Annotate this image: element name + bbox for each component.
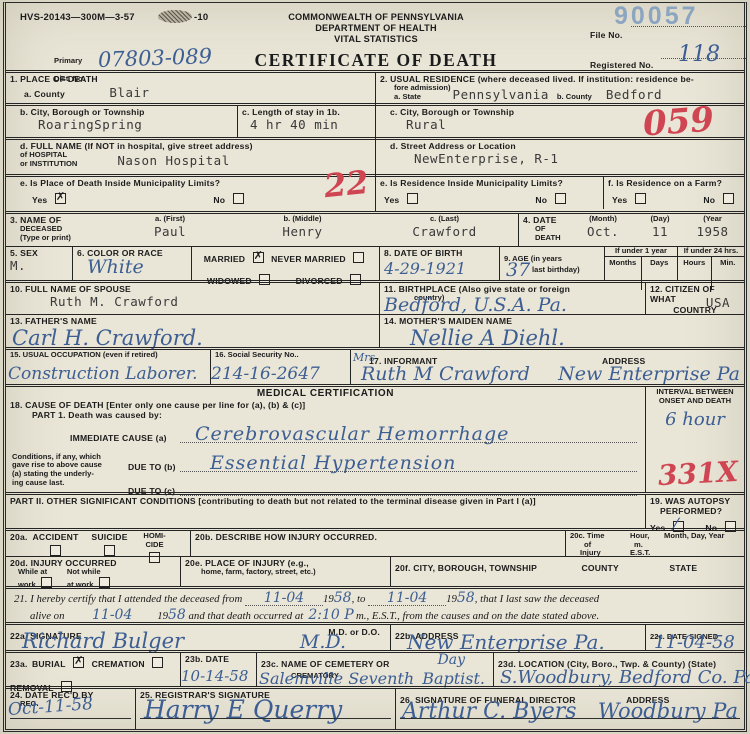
field-2d-street: d. Street Address or Location NewEnterpr… [376, 140, 744, 177]
row-name-date-of-death: 3. NAME OF DECEASED (Type or print) a. (… [6, 211, 744, 246]
section-2-usual-residence: 2. USUAL RESIDENCE (where deceased lived… [376, 73, 744, 211]
burial-checkbox: ✗ [73, 657, 84, 668]
homicide-label-2: CIDE [136, 541, 174, 550]
field-2d-value: NewEnterprise, R-1 [414, 151, 740, 166]
section-25-registrar: 25. REGISTRAR'S SIGNATURE Harry E Querry [136, 689, 396, 729]
field-2b-value: Bedford [606, 87, 662, 102]
burial-date-value: 10-14-58 [181, 669, 248, 684]
row-part2-autopsy: PART II. OTHER SIGNIFICANT CONDITIONS [c… [6, 492, 744, 528]
line-26 [400, 718, 740, 719]
field-7-never-married-label: NEVER MARRIED [271, 254, 346, 264]
field-7-married-label: MARRIED [204, 254, 246, 264]
row-spouse-birthplace-citizen: 10. FULL NAME OF SPOUSE Ruth M. Crawford… [6, 280, 744, 314]
code-stamp-22: 22 [323, 163, 371, 205]
row-22-physician: 22a. SIGNATURE M.D. or D.O. Richard Bulg… [6, 622, 744, 650]
field-2f-yes-checkbox [635, 193, 646, 204]
section-24-date-received: 24. DATE REC'D BY REG. Oct-11-58 [6, 689, 136, 729]
interval-label-2: ONSET AND DEATH [650, 397, 740, 406]
field-3b-label: b. (Middle) [230, 215, 375, 224]
certify-t4: alive on [30, 610, 64, 622]
field-1e-no-checkbox [233, 193, 244, 204]
field-7-married-checkbox: ✗ [253, 252, 264, 263]
due-to-b-label: DUE TO (b) [128, 462, 176, 472]
field-20c-mdy: Month, Day, Year [664, 532, 740, 541]
row-sex-race-marital-birth-age: 5. SEX M. 6. COLOR OR RACE White MARRIED… [6, 246, 744, 280]
field-4-year-label: (Year [685, 215, 740, 224]
field-15-label: 15. USUAL OCCUPATION (even if retired) [10, 351, 206, 360]
field-2e-limits: e. Is Residence Inside Municipality Limi… [376, 177, 604, 209]
field-7-married-mark: ✗ [254, 250, 263, 261]
field-2f-no-checkbox [723, 193, 734, 204]
physician-signature: Richard Bulger [22, 631, 184, 652]
certify-yr1: 19 [323, 593, 334, 605]
field-20a-num: 20a. [10, 532, 28, 555]
section-18-cause-of-death: MEDICAL CERTIFICATION 18. CAUSE OF DEATH… [6, 387, 646, 492]
line-25 [140, 718, 391, 719]
field-6-value: White [87, 258, 187, 277]
section-20a-manner: 20a. ACCIDENT SUICIDE HOMI- CIDE [6, 531, 191, 556]
field-20b-label: 20b. DESCRIBE HOW INJURY OCCURRED. [195, 532, 561, 542]
field-4-day-value: 11 [635, 224, 685, 239]
field-13-value: Carl H. Crawford. [12, 328, 203, 349]
field-1a-value: Blair [109, 85, 149, 100]
field-18-label-2: PART 1. Death was caused by: [32, 410, 641, 420]
row-23-disposition: 23a. BURIAL ✗ CREMATION REMOVAL 23b. DAT… [6, 650, 744, 686]
field-3a-value: Paul [110, 224, 230, 239]
part-2-label: PART II. OTHER SIGNIFICANT CONDITIONS [c… [10, 496, 641, 506]
section-1-place-of-death: 1. PLACE OF DEATH a. County Blair b. Cit… [6, 73, 376, 211]
field-3a-label: a. (First) [110, 215, 230, 224]
section-23d-location: 23d. LOCATION (City, Boro., Twp. & Count… [494, 653, 744, 686]
field-2f-yes-label: Yes [612, 195, 627, 205]
seal-suffix: -10 [194, 12, 208, 23]
field-1d-value: Nason Hospital [117, 153, 229, 168]
certify-t5: and that death occurred at [189, 610, 304, 622]
field-19-label-1: 19. WAS AUTOPSY [650, 496, 740, 506]
file-no-line [631, 26, 746, 27]
suicide-label: SUICIDE [84, 532, 136, 542]
field-17-prefix: Mrs [353, 352, 375, 363]
section-4-date-of-death: 4. DATE OF DEATH (Month) Oct. (Day) 11 (… [519, 214, 744, 246]
section-23b-date: 23b. DATE 10-14-58 [181, 653, 257, 686]
field-17-value: Ruth M Crawford [361, 365, 530, 384]
interval-column: INTERVAL BETWEEN ONSET AND DEATH 6 hour … [646, 387, 744, 492]
row-20def: 20d. INJURY OCCURRED While at work Not w… [6, 556, 744, 586]
agency-block: COMMONWEALTH OF PENNSYLVANIA DEPARTMENT … [221, 12, 531, 45]
code-stamp-059: 059 [642, 100, 716, 145]
cemetery-name-value-2: Baptist. [422, 671, 485, 687]
field-2e-yes-checkbox [407, 193, 418, 204]
section-11-birthplace: 11. BIRTHPLACE (Also give state or forei… [380, 283, 646, 314]
section-9-age: 9. AGE (in years last birthday) 37 [500, 247, 605, 280]
field-1e-label: e. Is Place of Death Inside Municipality… [20, 178, 371, 188]
field-1e-yes-checkbox: ✗ [55, 193, 66, 204]
field-23c-label-1: 23c. NAME OF CEMETERY OR [261, 659, 389, 669]
field-2b-label: b. County [557, 93, 592, 102]
certify-from-yr: 58 [334, 590, 352, 606]
section-7-marital-status: MARRIED ✗ NEVER MARRIED WIDOWED DIVORCED [192, 247, 380, 280]
medical-certification-title: MEDICAL CERTIFICATION [10, 388, 641, 400]
section-4-title-1: 4. DATE [523, 215, 571, 225]
field-17-address-value: New Enterprise Pa [558, 365, 740, 384]
agency-line-1: COMMONWEALTH OF PENNSYLVANIA [221, 12, 531, 23]
section-4-title-3: DEATH [535, 234, 571, 243]
field-23b-label: 23b. DATE [185, 654, 252, 664]
cause-a-value: Cerebrovascular Hemorrhage [195, 425, 509, 444]
section-10-spouse: 10. FULL NAME OF SPOUSE Ruth M. Crawford [6, 283, 380, 314]
field-2e-no-label: No [535, 195, 547, 205]
certify-to-yr: 58 [457, 590, 475, 606]
section-1-title: 1. PLACE OF DEATH [10, 74, 371, 84]
certificate-title: CERTIFICATE OF DEATH [221, 50, 531, 71]
field-2f-no-label: No [703, 195, 715, 205]
field-9-value: 37 [506, 261, 530, 280]
field-1c-length-of-stay: c. Length of stay in 1b. 4 hr 40 min [238, 106, 375, 137]
cemetery-name-value-1: Salemville Seventh [259, 671, 414, 687]
section-17-informant: Mrs 17. INFORMANT ADDRESS Ruth M Crawfor… [351, 350, 744, 384]
field-10-label: 10. FULL NAME OF SPOUSE [10, 284, 375, 294]
field-18-label-1: 18. CAUSE OF DEATH [Enter only one cause… [10, 400, 641, 410]
certify-alive-yr: 58 [168, 607, 186, 623]
certify-line-1: 21. I hereby certify that I attended the… [14, 591, 736, 606]
agency-line-3: VITAL STATISTICS [221, 34, 531, 45]
burial-mark: ✗ [74, 655, 83, 666]
medical-certification-block: MEDICAL CERTIFICATION 18. CAUSE OF DEATH… [6, 384, 744, 492]
field-2a-value: Pennsylvania [453, 87, 549, 102]
physician-address: New Enterprise Pa. [407, 632, 605, 652]
interval-a-value: 6 hour [650, 411, 740, 429]
field-23a-num: 23a. [10, 659, 28, 669]
field-10-value: Ruth M. Crawford [50, 294, 375, 309]
field-1e-yes-label: Yes [32, 195, 47, 205]
field-1c-label: c. Length of stay in 1b. [242, 107, 371, 117]
cremation-checkbox [152, 657, 163, 668]
field-1e-no-label: No [213, 195, 225, 205]
field-11-value: Bedford, U.S.A. Pa. [384, 296, 567, 315]
section-22c-date-signed: 22c. DATE SIGNED 11-04-58 [646, 625, 744, 650]
accident-checkbox [50, 545, 61, 556]
field-1a-label: a. County [24, 89, 65, 99]
immediate-cause-label: IMMEDIATE CAUSE (a) [70, 433, 167, 443]
field-1b-value: RoaringSpring [38, 117, 233, 132]
union-seal-icon [158, 10, 192, 23]
funeral-director-signature: Arthur C. Byers [402, 701, 577, 723]
field-19-label-2: PERFORMED? [660, 506, 740, 516]
registered-no-label: Registered No. [590, 60, 653, 70]
field-1d-label-3: or INSTITUTION [20, 160, 77, 169]
under-1-year-label: If under 1 year [605, 247, 677, 257]
under-24-hrs-label: If under 24 hrs. [678, 247, 744, 257]
field-1b-city: b. City, Borough or Township RoaringSpri… [6, 106, 238, 137]
field-2a-label: a. State [394, 93, 451, 102]
section-8-date-of-birth: 8. DATE OF BIRTH 4-29-1921 [380, 247, 500, 280]
field-20d-notwhile-1: Not while [67, 567, 101, 576]
field-1a-county: 1. PLACE OF DEATH a. County Blair [6, 73, 375, 106]
field-5-value: M. [10, 258, 68, 273]
field-4-month-value: Oct. [571, 224, 635, 239]
field-2e-yes-label: Yes [384, 195, 399, 205]
field-4-day-label: (Day) [635, 215, 685, 224]
section-16-ssn: 16. Social Security No.. 214-16-2647 [211, 350, 351, 384]
form-body: 1. PLACE OF DEATH a. County Blair b. Cit… [6, 70, 744, 729]
certify-yr2: 19 [446, 593, 457, 605]
section-3-title-3: (Type or print) [20, 234, 110, 243]
line-24 [10, 718, 131, 719]
section-14-mother: 14. MOTHER'S MAIDEN NAME Nellie A Diehl. [380, 315, 744, 347]
certify-alive-value: 11-04 [92, 607, 132, 623]
row-20abc: 20a. ACCIDENT SUICIDE HOMI- CIDE 20b. DE… [6, 528, 744, 556]
section-3-name-of-deceased: 3. NAME OF DECEASED (Type or print) a. (… [6, 214, 519, 246]
burial-location-value: S.Woodbury, Bedford Co. Pa. [500, 669, 750, 687]
certify-t6: m., E.S.T., from the causes and on the d… [356, 610, 599, 622]
section-5-sex: 5. SEX M. [6, 247, 73, 280]
field-14-label: 14. MOTHER'S MAIDEN NAME [384, 316, 740, 326]
field-4-month-label: (Month) [571, 215, 635, 224]
field-2f-label: f. Is Residence on a Farm? [608, 178, 740, 188]
section-9-under-24-hrs: If under 24 hrs. Hours Min. [678, 247, 744, 280]
field-3c-label: c. (Last) [375, 215, 514, 224]
form-number: HVS-20143—300M—3-57 [20, 12, 135, 23]
row-occupation-ssn-informant: 15. USUAL OCCUPATION (even if retired) C… [6, 347, 744, 384]
section-26-funeral-director: 26. SIGNATURE OF FUNERAL DIRECTOR ADDRES… [396, 689, 744, 729]
death-certificate-document: HVS-20143—300M—3-57 -10 COMMONWEALTH OF … [0, 0, 750, 734]
field-20f-label: 20f. CITY, BOROUGH, TOWNSHIP [395, 563, 537, 573]
registered-no-value: 118 [678, 44, 720, 66]
section-22b-address: 22b. ADDRESS New Enterprise Pa. [391, 625, 646, 650]
suicide-checkbox [104, 545, 115, 556]
accident-label: ACCIDENT [28, 532, 84, 542]
field-8-label: 8. DATE OF BIRTH [384, 248, 495, 258]
section-22a-signature: 22a. SIGNATURE M.D. or D.O. Richard Bulg… [6, 625, 391, 650]
field-1bc: b. City, Borough or Township RoaringSpri… [6, 106, 375, 140]
certify-from-value: 11-04 [264, 590, 304, 606]
section-23a-burial: 23a. BURIAL ✗ CREMATION REMOVAL [6, 653, 181, 686]
section-20d-injury-occurred: 20d. INJURY OCCURRED While at work Not w… [6, 557, 181, 586]
field-13-label: 13. FATHER'S NAME [10, 316, 375, 326]
field-7-never-married-checkbox [353, 252, 364, 263]
certify-yr3: 19 [157, 610, 168, 622]
field-3c-value: Crawford [375, 224, 514, 239]
field-2c-city: c. City, Borough or Township Rural 059 [376, 106, 744, 140]
field-2e-label: e. Is Residence Inside Municipality Limi… [380, 178, 599, 188]
certify-to-value: 11-04 [387, 590, 427, 606]
field-20f-state-label: STATE [669, 563, 697, 573]
section-20b-describe-injury: 20b. DESCRIBE HOW INJURY OCCURRED. [191, 531, 566, 556]
certify-t3: , that I last saw the deceased [475, 593, 599, 605]
field-20f-county-label: COUNTY [581, 563, 618, 573]
header: HVS-20143—300M—3-57 -10 COMMONWEALTH OF … [6, 4, 744, 70]
certify-line-2: alive on 11-041958 and that death occurr… [30, 608, 736, 623]
section-20f-city: 20f. CITY, BOROUGH, TOWNSHIP COUNTY STAT… [391, 557, 744, 586]
cemetery-day-insert: Day [438, 653, 465, 667]
section-23c-cemetery: 23c. NAME OF CEMETERY OR Day CREMATORY S… [257, 653, 494, 686]
field-1e-limits: e. Is Place of Death Inside Municipality… [6, 177, 375, 209]
field-2e-no-checkbox [555, 193, 566, 204]
field-4-year-value: 1958 [685, 224, 740, 239]
primary-district-value: 07803-089 [98, 46, 213, 71]
field-2f-farm: f. Is Residence on a Farm? Yes No [604, 177, 744, 209]
field-1d-hospital: d. FULL NAME (If NOT in hospital, give s… [6, 140, 375, 177]
field-5-label: 5. SEX [10, 248, 68, 258]
section-19-autopsy: 19. WAS AUTOPSY PERFORMED? Yes ∕ No [646, 495, 744, 528]
field-8-value: 4-29-1921 [384, 261, 495, 277]
date-received-value: Oct-11-58 [8, 696, 94, 719]
field-12-value: USA [706, 295, 730, 310]
section-12-citizen: 12. CITIZEN OF WHAT COUNTRY USA [646, 283, 744, 314]
cremation-label: CREMATION [92, 659, 145, 669]
field-20c-t1: 20c. Time [570, 532, 630, 541]
burial-label: BURIAL [32, 659, 66, 669]
row-place-residence: 1. PLACE OF DEATH a. County Blair b. Cit… [6, 73, 744, 211]
field-20e-label-2: home, farm, factory, street, etc.) [201, 568, 386, 577]
part-2-other-conditions: PART II. OTHER SIGNIFICANT CONDITIONS [c… [6, 495, 646, 528]
section-13-father: 13. FATHER'S NAME Carl H. Crawford. [6, 315, 380, 347]
section-6-color-or-race: 6. COLOR OR RACE White [73, 247, 192, 280]
cause-b-value: Essential Hypertension [210, 454, 456, 473]
file-no-label: File No. [590, 30, 623, 40]
field-9-label-2: last birthday) [532, 266, 600, 275]
certify-t2: , to [352, 593, 366, 605]
code-stamp-331x: 331X [657, 455, 739, 492]
field-2d-label: d. Street Address or Location [390, 141, 740, 151]
row-father-mother: 13. FATHER'S NAME Carl H. Crawford. 14. … [6, 314, 744, 347]
field-1e-yes-mark: ✗ [56, 191, 65, 202]
section-15-occupation: 15. USUAL OCCUPATION (even if retired) C… [6, 350, 211, 384]
row-24-25-26: 24. DATE REC'D BY REG. Oct-11-58 25. REG… [6, 686, 744, 729]
field-16-label: 16. Social Security No.. [215, 351, 346, 360]
certify-time-value: 2:10 P [308, 607, 353, 623]
field-20d-while-1: While at [18, 567, 47, 576]
field-14-value: Nellie A Diehl. [410, 328, 565, 349]
agency-line-2: DEPARTMENT OF HEALTH [221, 23, 531, 34]
field-1c-value: 4 hr 40 min [250, 117, 371, 132]
field-1b-label: b. City, Borough or Township [20, 107, 233, 117]
section-21-certification: 21. I hereby certify that I attended the… [6, 586, 744, 622]
field-16-value: 214-16-2647 [211, 366, 320, 383]
field-3b-value: Henry [230, 224, 375, 239]
section-9-under-1-year: If under 1 year Months Days [605, 247, 678, 280]
field-1d-label-1: d. FULL NAME (If NOT in hospital, give s… [20, 141, 371, 151]
section-20e-place-of-injury: 20e. PLACE OF INJURY (e.g., home, farm, … [181, 557, 391, 586]
primary-district-label-1: Primary [54, 56, 82, 65]
certify-t1: 21. I hereby certify that I attended the… [14, 593, 242, 605]
field-15-value: Construction Laborer. [8, 366, 198, 383]
field-2ef: e. Is Residence Inside Municipality Limi… [376, 177, 744, 209]
section-20c-time-of-injury: 20c. Time of Injury Hour, m. E.S.T. Mont… [566, 531, 744, 556]
